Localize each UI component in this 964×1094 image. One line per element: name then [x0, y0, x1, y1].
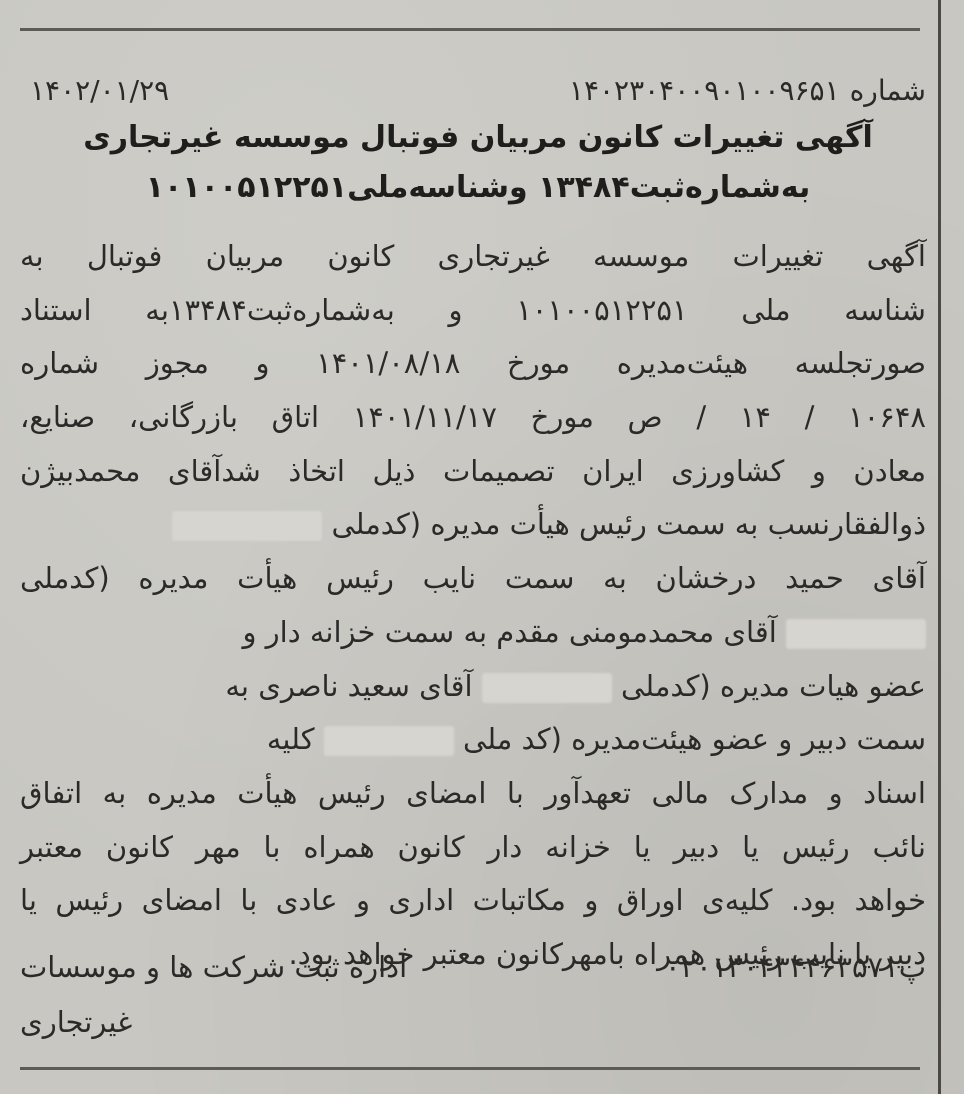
- body-line: آقای حمید درخشان به سمت نایب رئیس هیأت م…: [20, 552, 926, 606]
- body-line-text: عضو هیات مدیره (کدملی: [621, 669, 926, 703]
- top-rule: [20, 28, 920, 31]
- redacted-national-id: [172, 511, 322, 541]
- footer-office-line2: غیرتجاری: [20, 1005, 926, 1039]
- body-line: شناسه ملی ۱۰۱۰۰۵۱۲۲۵۱ و به‌شماره‌ثبت۱۳۴۸…: [20, 284, 926, 338]
- body-line: خواهد بود. کلیه‌ی اوراق و مکاتبات اداری …: [20, 874, 926, 928]
- body-line: اسناد و مدارک مالی تعهدآور با امضای رئیس…: [20, 767, 926, 821]
- body-line: آگهی تغییرات موسسه غیرتجاری کانون مربیان…: [20, 230, 926, 284]
- body-line-text: ذوالفقارنسب به سمت رئیس هیأت مدیره (کدمل…: [331, 507, 926, 541]
- notice-number-value: ۱۴۰۲۳۰۴۰۰۹۰۱۰۰۹۶۵۱: [569, 74, 840, 107]
- body-line-text: آقای محمدمومنی مقدم به سمت خزانه دار و: [242, 615, 776, 649]
- footer-code: پ۰۲۰۱۳۰۴۳۴۴۶۳۵۷۱: [665, 950, 926, 984]
- body-line: معادن و کشاورزی ایران تصمیمات ذیل اتخاذ …: [20, 445, 926, 499]
- body-line-text: کلیه: [267, 722, 315, 756]
- footer-office-line2-text: غیرتجاری: [20, 1005, 132, 1039]
- notice-title-line1: آگهی تغییرات کانون مربیان فوتبال موسسه غ…: [30, 120, 926, 155]
- body-line: نائب رئیس یا دبیر یا خزانه دار کانون همر…: [20, 821, 926, 875]
- notice-number-label: شماره: [850, 74, 926, 107]
- body-line-text: سمت دبیر و عضو هیئت‌مدیره (کد ملی: [463, 722, 926, 756]
- notice-footer: پ۰۲۰۱۳۰۴۳۴۴۶۳۵۷۱ اداره ثبت شرکت ها و موس…: [20, 950, 926, 984]
- notice-title-line2: به‌شماره‌ثبت۱۳۴۸۴ وشناسه‌ملی۱۰۱۰۰۵۱۲۲۵۱: [30, 170, 926, 205]
- column-divider: [938, 0, 941, 1094]
- body-line: آقای محمدمومنی مقدم به سمت خزانه دار و: [20, 606, 926, 660]
- body-line: ذوالفقارنسب به سمت رئیس هیأت مدیره (کدمل…: [20, 498, 926, 552]
- notice-date: ۱۴۰۲/۰۱/۲۹: [30, 74, 169, 107]
- body-line-text: آقای سعید ناصری به: [225, 669, 472, 703]
- redacted-national-id: [324, 726, 454, 756]
- body-line: عضو هیات مدیره (کدملی آقای سعید ناصری به: [20, 660, 926, 714]
- footer-office-line1: اداره ثبت شرکت ها و موسسات: [20, 950, 407, 984]
- redacted-national-id: [482, 673, 612, 703]
- body-line: سمت دبیر و عضو هیئت‌مدیره (کد ملی کلیه: [20, 713, 926, 767]
- notice-body: آگهی تغییرات موسسه غیرتجاری کانون مربیان…: [20, 230, 926, 982]
- redacted-national-id: [786, 619, 926, 649]
- bottom-rule: [20, 1067, 920, 1070]
- notice-meta: شماره ۱۴۰۲۳۰۴۰۰۹۰۱۰۰۹۶۵۱ ۱۴۰۲/۰۱/۲۹: [30, 70, 926, 110]
- body-line: ۱۰۶۴۸ / ۱۴ / ص مورخ ۱۴۰۱/۱۱/۱۷ اتاق بازر…: [20, 391, 926, 445]
- body-line: صورتجلسه هیئت‌مدیره مورخ ۱۴۰۱/۰۸/۱۸ و مج…: [20, 337, 926, 391]
- notice-number: شماره ۱۴۰۲۳۰۴۰۰۹۰۱۰۰۹۶۵۱: [569, 74, 926, 107]
